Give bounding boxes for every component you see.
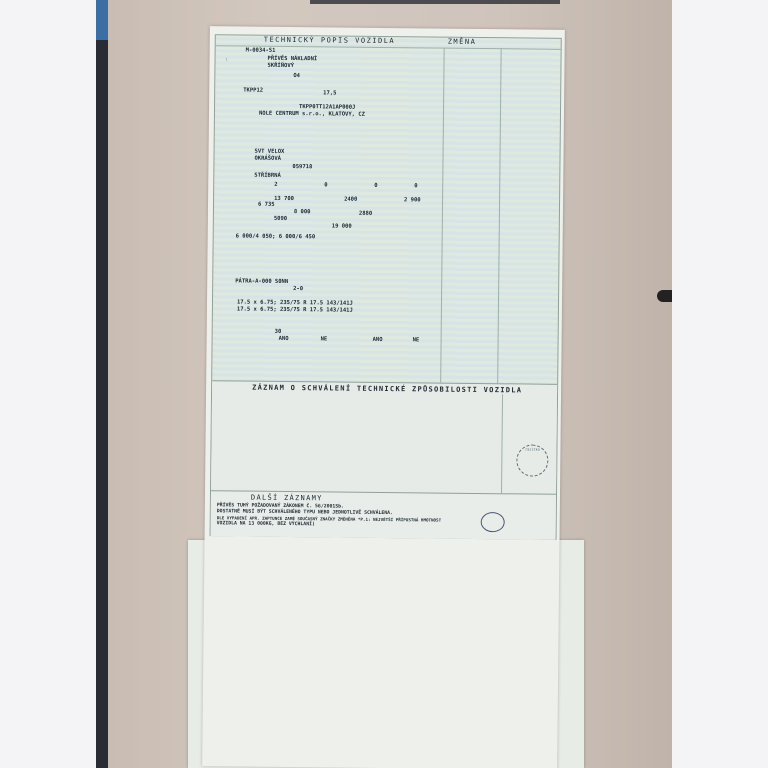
field-manufacturer: NOLE CENTRUM s.r.o., KLATOVY, CZ bbox=[259, 111, 365, 118]
field-weight-other: 2880 bbox=[359, 211, 372, 217]
field-weight-max: 8 000 bbox=[294, 209, 311, 215]
approval-section-title: ZÁZNAM O SCHVÁLENÍ TECHNICKÉ ZPŮSOBILOST… bbox=[252, 384, 522, 395]
field-code-d: NE bbox=[413, 337, 420, 343]
technical-description-form: TECHNICKÝ POPIS VOZIDLA ZMĚNA M-0034-S1 … bbox=[210, 34, 562, 540]
field-dimensions: 6 000/4 050; 6 000/6 450 bbox=[236, 233, 316, 240]
approval-section: ZÁZNAM O SCHVÁLENÍ TECHNICKÉ ZPŮSOBILOST… bbox=[211, 380, 557, 495]
field-count-1: 0 bbox=[324, 182, 327, 188]
notes-section-title: DALŠÍ ZÁZNAMY bbox=[251, 494, 323, 503]
field-weight-axle1: 2400 bbox=[344, 197, 357, 203]
field-body-type: SKŘÍŇOVÝ bbox=[267, 63, 294, 69]
field-colour: OKRÁŠOVÁ bbox=[254, 156, 281, 162]
field-count-2: 0 bbox=[374, 183, 377, 189]
signature-mark bbox=[481, 512, 505, 532]
field-category: PŘÍVĚS NÁKLADNÍ bbox=[268, 56, 318, 63]
field-colour-b: STŘÍBRNÁ bbox=[254, 173, 281, 179]
column-divider bbox=[440, 48, 445, 388]
field-axles: 2 bbox=[274, 182, 277, 188]
field-brake: PÁTRA-A-000 S0NN bbox=[235, 278, 288, 285]
note-line: VOZIDLA NA 13 000KG, BEZ VÝCHLANÍ) bbox=[217, 521, 315, 527]
dark-object bbox=[657, 290, 672, 302]
field-code-b: NE bbox=[321, 336, 328, 342]
field-weight-axle2: 2 900 bbox=[404, 197, 421, 203]
column-divider bbox=[497, 48, 502, 388]
form-number: M-0034-S1 bbox=[246, 48, 276, 54]
field-weight-total: 13 700 bbox=[274, 196, 294, 202]
field-label: 1 bbox=[226, 57, 228, 61]
field-variant: 17,5 bbox=[323, 90, 336, 96]
column-divider bbox=[501, 394, 503, 494]
field-count-3: 0 bbox=[414, 183, 417, 189]
field-vin: TKPP0TT12A1AP000J bbox=[299, 104, 355, 111]
form-title: TECHNICKÝ POPIS VOZIDLA bbox=[264, 36, 396, 45]
field-axle-config: 2-0 bbox=[293, 286, 303, 292]
field-make: SVT VELOX bbox=[255, 149, 285, 155]
table-edge-object bbox=[310, 0, 560, 4]
notes-section: DALŠÍ ZÁZNAMY PŘÍVĚS TUHÝ POŽADOVANÝ ZÁK… bbox=[211, 490, 556, 540]
field-type: TKPP12 bbox=[243, 88, 263, 94]
field-weight-operating: 6 735 bbox=[258, 202, 275, 208]
change-column-title: ZMĚNA bbox=[448, 38, 477, 46]
official-stamp-placeholder: razítko bbox=[516, 444, 548, 476]
field-code-c: ANO bbox=[373, 337, 383, 343]
field-load: 5090 bbox=[274, 216, 287, 222]
field-load-limit: 19 000 bbox=[332, 223, 352, 229]
field-seats: 30 bbox=[275, 329, 282, 335]
vehicle-document: TECHNICKÝ POPIS VOZIDLA ZMĚNA M-0034-S1 … bbox=[202, 26, 565, 768]
field-class: O4 bbox=[293, 73, 300, 79]
field-code-a: ANO bbox=[279, 336, 289, 342]
field-tyres-1: 17.5 x 6.75; 235/75 R 17.5 143/141J bbox=[237, 299, 353, 306]
field-number: 059718 bbox=[292, 164, 312, 170]
field-tyres-2: 17.5 x 6.75; 235/75 R 17.5 143/141J bbox=[237, 306, 353, 313]
